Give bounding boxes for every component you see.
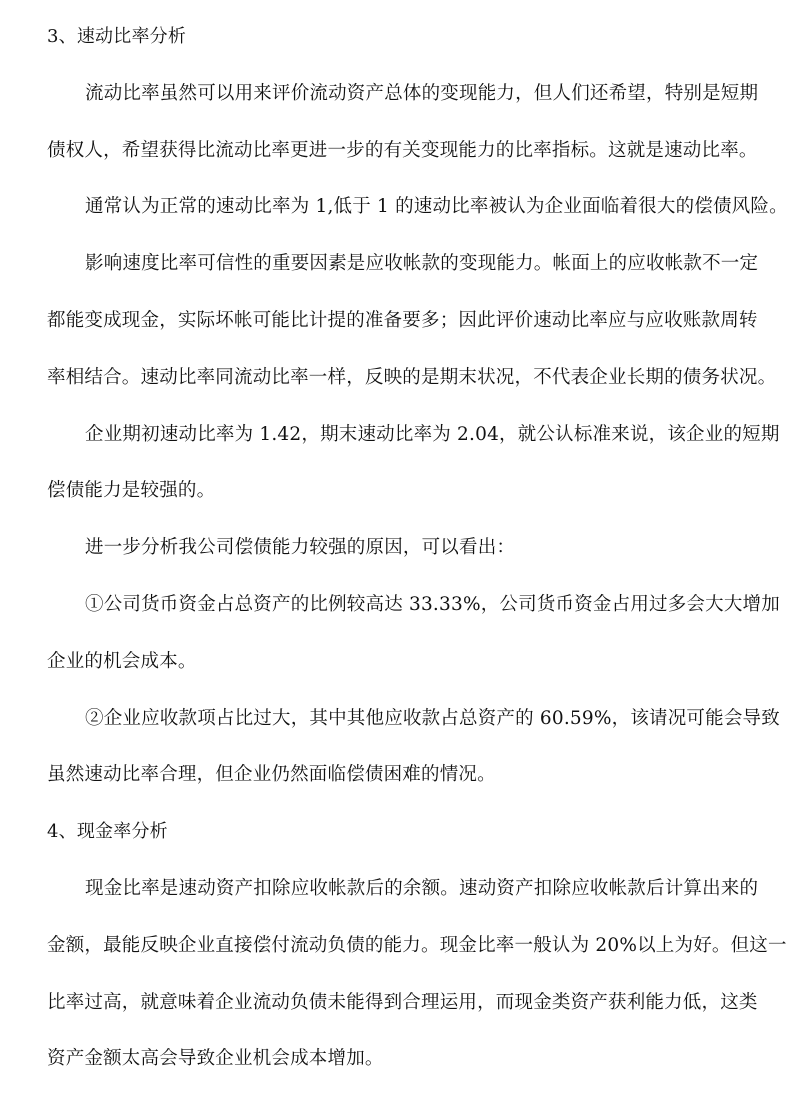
paragraph-line: 企业期初速动比率为 1.42，期末速动比率为 2.04，就公认标准来说，该企业的… xyxy=(47,407,792,464)
paragraph-line: 现金比率是速动资产扣除应收帐款后的余额。速动资产扣除应收帐款后计算出来的 xyxy=(47,861,792,918)
paragraph-line: 影响速度比率可信性的重要因素是应收帐款的变现能力。帐面上的应收帐款不一定 xyxy=(47,236,792,293)
section-3-paragraph-4: 企业期初速动比率为 1.42，期末速动比率为 2.04，就公认标准来说，该企业的… xyxy=(47,407,792,521)
paragraph-line: ②企业应收款项占比过大，其中其他应收款占总资产的 60.59%，该请况可能会导致 xyxy=(47,691,792,748)
section-3-paragraph-3: 影响速度比率可信性的重要因素是应收帐款的变现能力。帐面上的应收帐款不一定 都能变… xyxy=(47,236,792,406)
paragraph-line: 资产金额太高会导致企业机会成本增加。 xyxy=(47,1031,792,1088)
section-4-heading: 4、现金率分析 xyxy=(47,804,792,861)
document-page: 3、速动比率分析 流动比率虽然可以用来评价流动资产总体的变现能力，但人们还希望，… xyxy=(47,9,792,1088)
paragraph-line: ①公司货币资金占总资产的比例较高达 33.33%，公司货币资金占用过多会大大增加 xyxy=(47,577,792,634)
paragraph-line: 金额，最能反映企业直接偿付流动负债的能力。现金比率一般认为 20%以上为好。但这… xyxy=(47,918,792,975)
section-4-paragraph-1: 现金比率是速动资产扣除应收帐款后的余额。速动资产扣除应收帐款后计算出来的 金额，… xyxy=(47,861,792,1088)
section-3-heading: 3、速动比率分析 xyxy=(47,9,792,66)
paragraph-line: 虽然速动比率合理，但企业仍然面临偿债困难的情况。 xyxy=(47,747,792,804)
paragraph-line: 流动比率虽然可以用来评价流动资产总体的变现能力，但人们还希望，特别是短期 xyxy=(47,66,792,123)
section-3-paragraph-2: 通常认为正常的速动比率为 1,低于 1 的速动比率被认为企业面临着很大的偿债风险… xyxy=(47,179,792,236)
section-3-paragraph-1: 流动比率虽然可以用来评价流动资产总体的变现能力，但人们还希望，特别是短期 债权人… xyxy=(47,66,792,180)
paragraph-line: 比率过高，就意味着企业流动负债未能得到合理运用，而现金类资产获利能力低，这类 xyxy=(47,975,792,1032)
paragraph-line: 偿债能力是较强的。 xyxy=(47,463,792,520)
section-3-paragraph-5: 进一步分析我公司偿债能力较强的原因，可以看出： xyxy=(47,520,792,577)
paragraph-line: 债权人，希望获得比流动比率更进一步的有关变现能力的比率指标。这就是速动比率。 xyxy=(47,123,792,180)
paragraph-line: 企业的机会成本。 xyxy=(47,634,792,691)
section-3-list-item-2: ②企业应收款项占比过大，其中其他应收款占总资产的 60.59%，该请况可能会导致… xyxy=(47,691,792,805)
paragraph-line: 通常认为正常的速动比率为 1,低于 1 的速动比率被认为企业面临着很大的偿债风险… xyxy=(47,179,792,236)
paragraph-line: 都能变成现金，实际坏帐可能比计提的准备要多；因此评价速动比率应与应收账款周转 xyxy=(47,293,792,350)
paragraph-line: 进一步分析我公司偿债能力较强的原因，可以看出： xyxy=(47,520,792,577)
section-3-list-item-1: ①公司货币资金占总资产的比例较高达 33.33%，公司货币资金占用过多会大大增加… xyxy=(47,577,792,691)
paragraph-line: 率相结合。速动比率同流动比率一样，反映的是期末状况，不代表企业长期的债务状况。 xyxy=(47,350,792,407)
